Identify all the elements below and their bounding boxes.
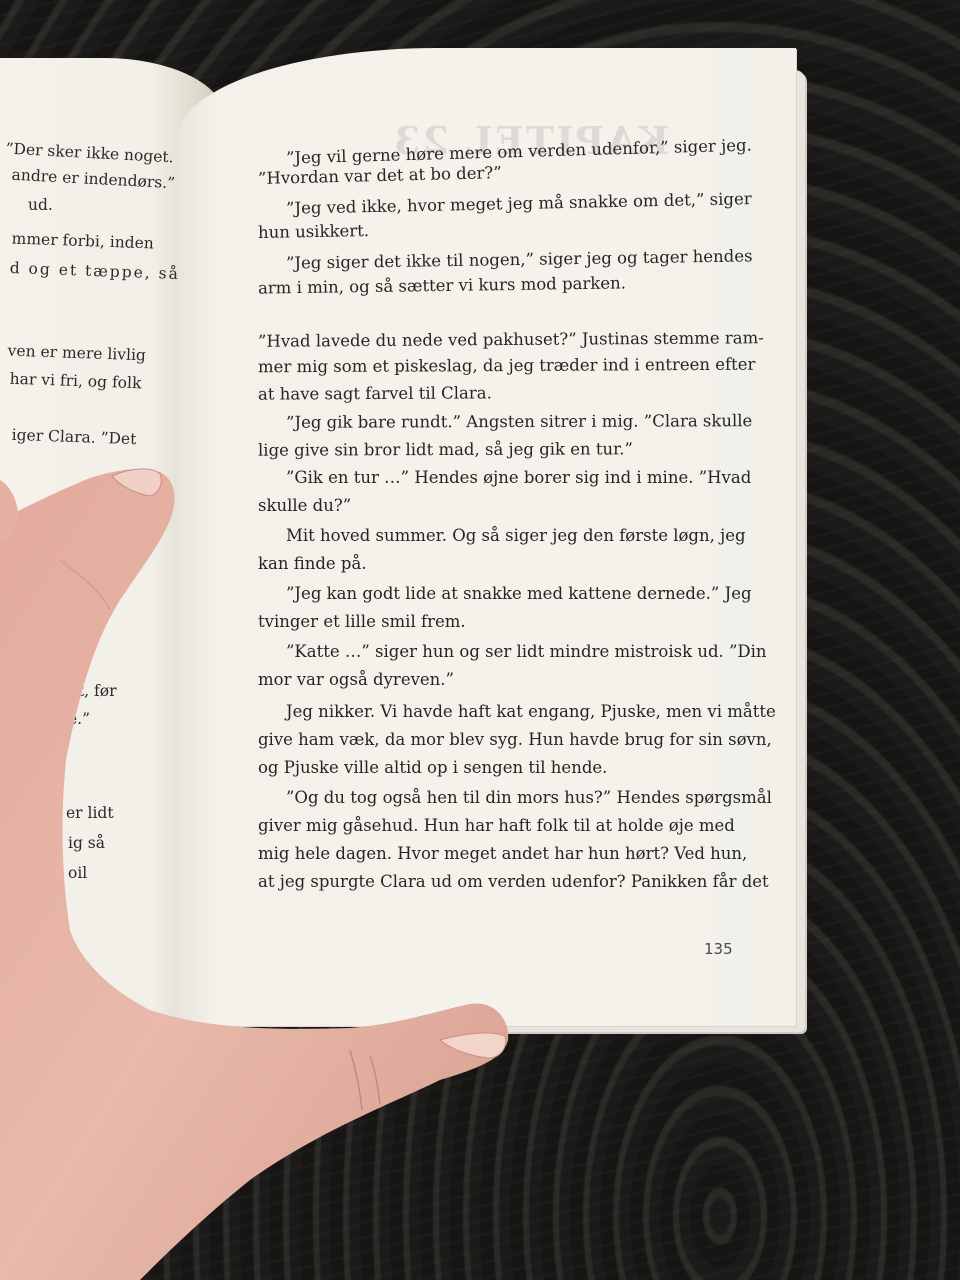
text-line: ”Gik en tur …” Hendes øjne borer sig ind…: [286, 468, 751, 488]
left-line: iger Clara. ”Det: [12, 426, 137, 430]
left-line: ”Der sker ikke noget.: [6, 140, 174, 149]
left-line: har vi fri, og folk: [10, 370, 142, 375]
text-line: ”Hvad lavede du nede ved pakhuset?” Just…: [258, 328, 764, 352]
text-line: Jeg nikker. Vi havde haft kat engang, Pj…: [286, 702, 776, 722]
text-line: giver mig gåsehud. Hun har haft folk til…: [258, 816, 735, 836]
text-line: ”Katte …” siger hun og ser lidt mindre m…: [286, 642, 767, 662]
left-line: d og et tæppe, så: [10, 259, 180, 265]
text-line: hun usikkert.: [258, 221, 369, 243]
text-line: mor var også dyreven.”: [258, 670, 454, 690]
text-line: at jeg spurgte Clara ud om verden udenfo…: [258, 872, 769, 892]
text-line: ”Og du tog også hen til din mors hus?” H…: [286, 788, 772, 808]
text-line: Mit hoved summer. Og så siger jeg den fø…: [286, 526, 746, 546]
text-line: ”Jeg kan godt lide at snakke med kattene…: [286, 584, 752, 604]
left-line: mmer forbi, inden: [12, 230, 154, 235]
left-line: ven er mere livlig: [8, 342, 146, 347]
text-line: skulle du?”: [258, 496, 351, 516]
text-line: mer mig som et piskeslag, da jeg træder …: [258, 355, 756, 378]
text-line: at have sagt farvel til Clara.: [258, 383, 492, 404]
page-number: 135: [704, 940, 733, 958]
left-line: andre er indendørs.”: [12, 166, 175, 175]
text-line: ”Jeg gik bare rundt.” Angsten sitrer i m…: [286, 411, 752, 433]
text-line: lige give sin bror lidt mad, så jeg gik …: [258, 439, 633, 460]
text-line: mig hele dagen. Hvor meget andet har hun…: [258, 844, 747, 864]
text-line: give ham væk, da mor blev syg. Hun havde…: [258, 730, 772, 750]
text-line: og Pjuske ville altid op i sengen til he…: [258, 758, 607, 778]
text-line: kan finde på.: [258, 554, 367, 574]
text-line: tvinger et lille smil frem.: [258, 612, 466, 632]
